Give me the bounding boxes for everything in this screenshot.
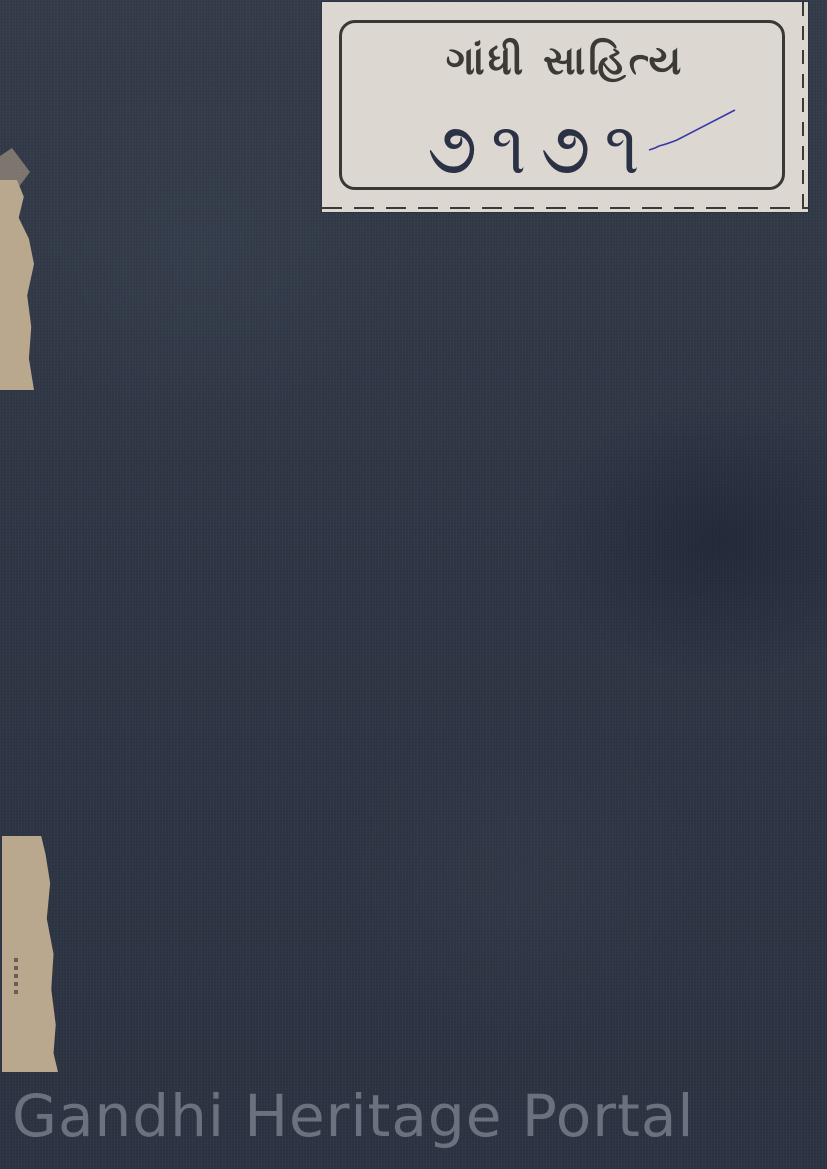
label-perforation-bottom	[322, 207, 808, 209]
pen-tick-icon	[647, 106, 737, 156]
label-perforation-right	[802, 2, 804, 212]
spine-ink-mark	[14, 958, 18, 998]
label-catalog-number: ૭૧૭૧	[427, 108, 654, 188]
watermark: Gandhi Heritage Portal	[12, 1082, 812, 1150]
library-label: ગાંધી સાહિત્ય ૭૧૭૧	[322, 2, 808, 212]
label-title: ગાંધી સાહિત્ય	[322, 38, 808, 84]
